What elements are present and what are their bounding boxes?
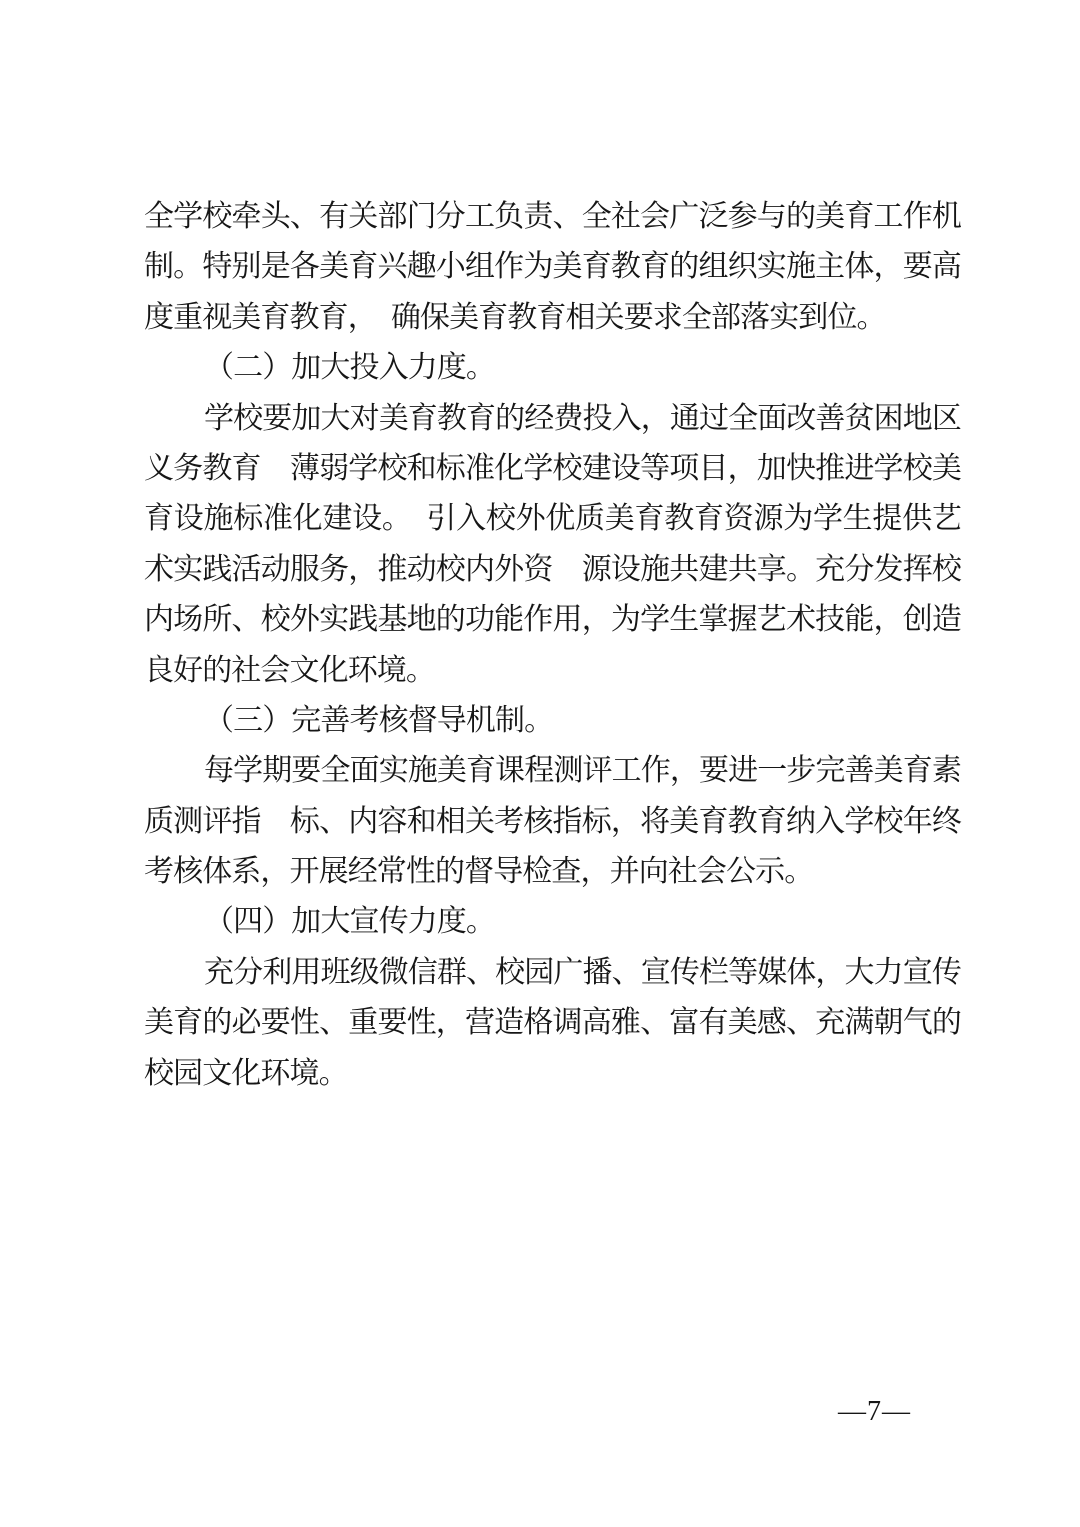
- text-line: 美育的必要性、重要性，营造格调高雅、富有美感、充满朝气的: [144, 998, 961, 1048]
- text-line: 全学校牵头、有关部门分工负责、全社会广泛参与的美育工作机: [144, 192, 961, 242]
- text-line: 每学期要全面实施美育课程测评工作，要进一步完善美育素: [144, 746, 961, 796]
- text-line: 育设施标准化建设。 引入校外优质美育教育资源为学生提供艺: [144, 494, 961, 544]
- text-line: （二）加大投入力度。: [144, 343, 961, 393]
- text-line: 制。特别是各美育兴趣小组作为美育教育的组织实施主体，要高: [144, 242, 961, 292]
- text-line: 度重视美育教育， 确保美育教育相关要求全部落实到位。: [144, 293, 961, 343]
- text-line: （四）加大宣传力度。: [144, 897, 961, 947]
- text-line: 质测评指 标、内容和相关考核指标，将美育教育纳入学校年终: [144, 797, 961, 847]
- document-page: 全学校牵头、有关部门分工负责、全社会广泛参与的美育工作机制。特别是各美育兴趣小组…: [0, 0, 1080, 1527]
- text-line: 学校要加大对美育教育的经费投入，通过全面改善贫困地区: [144, 394, 961, 444]
- text-line: 良好的社会文化环境。: [144, 646, 961, 696]
- text-line: 充分利用班级微信群、校园广播、宣传栏等媒体，大力宣传: [144, 948, 961, 998]
- text-line: 内场所、校外实践基地的功能作用，为学生掌握艺术技能，创造: [144, 595, 961, 645]
- text-line: 术实践活动服务，推动校内外资 源设施共建共享。充分发挥校: [144, 545, 961, 595]
- text-line: （三）完善考核督导机制。: [144, 696, 961, 746]
- text-line: 义务教育 薄弱学校和标准化学校建设等项目，加快推进学校美: [144, 444, 961, 494]
- text-line: 校园文化环境。: [144, 1049, 961, 1099]
- document-body: 全学校牵头、有关部门分工负责、全社会广泛参与的美育工作机制。特别是各美育兴趣小组…: [144, 192, 961, 1099]
- text-line: 考核体系，开展经常性的督导检查，并向社会公示。: [144, 847, 961, 897]
- page-number: —7—: [838, 1396, 911, 1428]
